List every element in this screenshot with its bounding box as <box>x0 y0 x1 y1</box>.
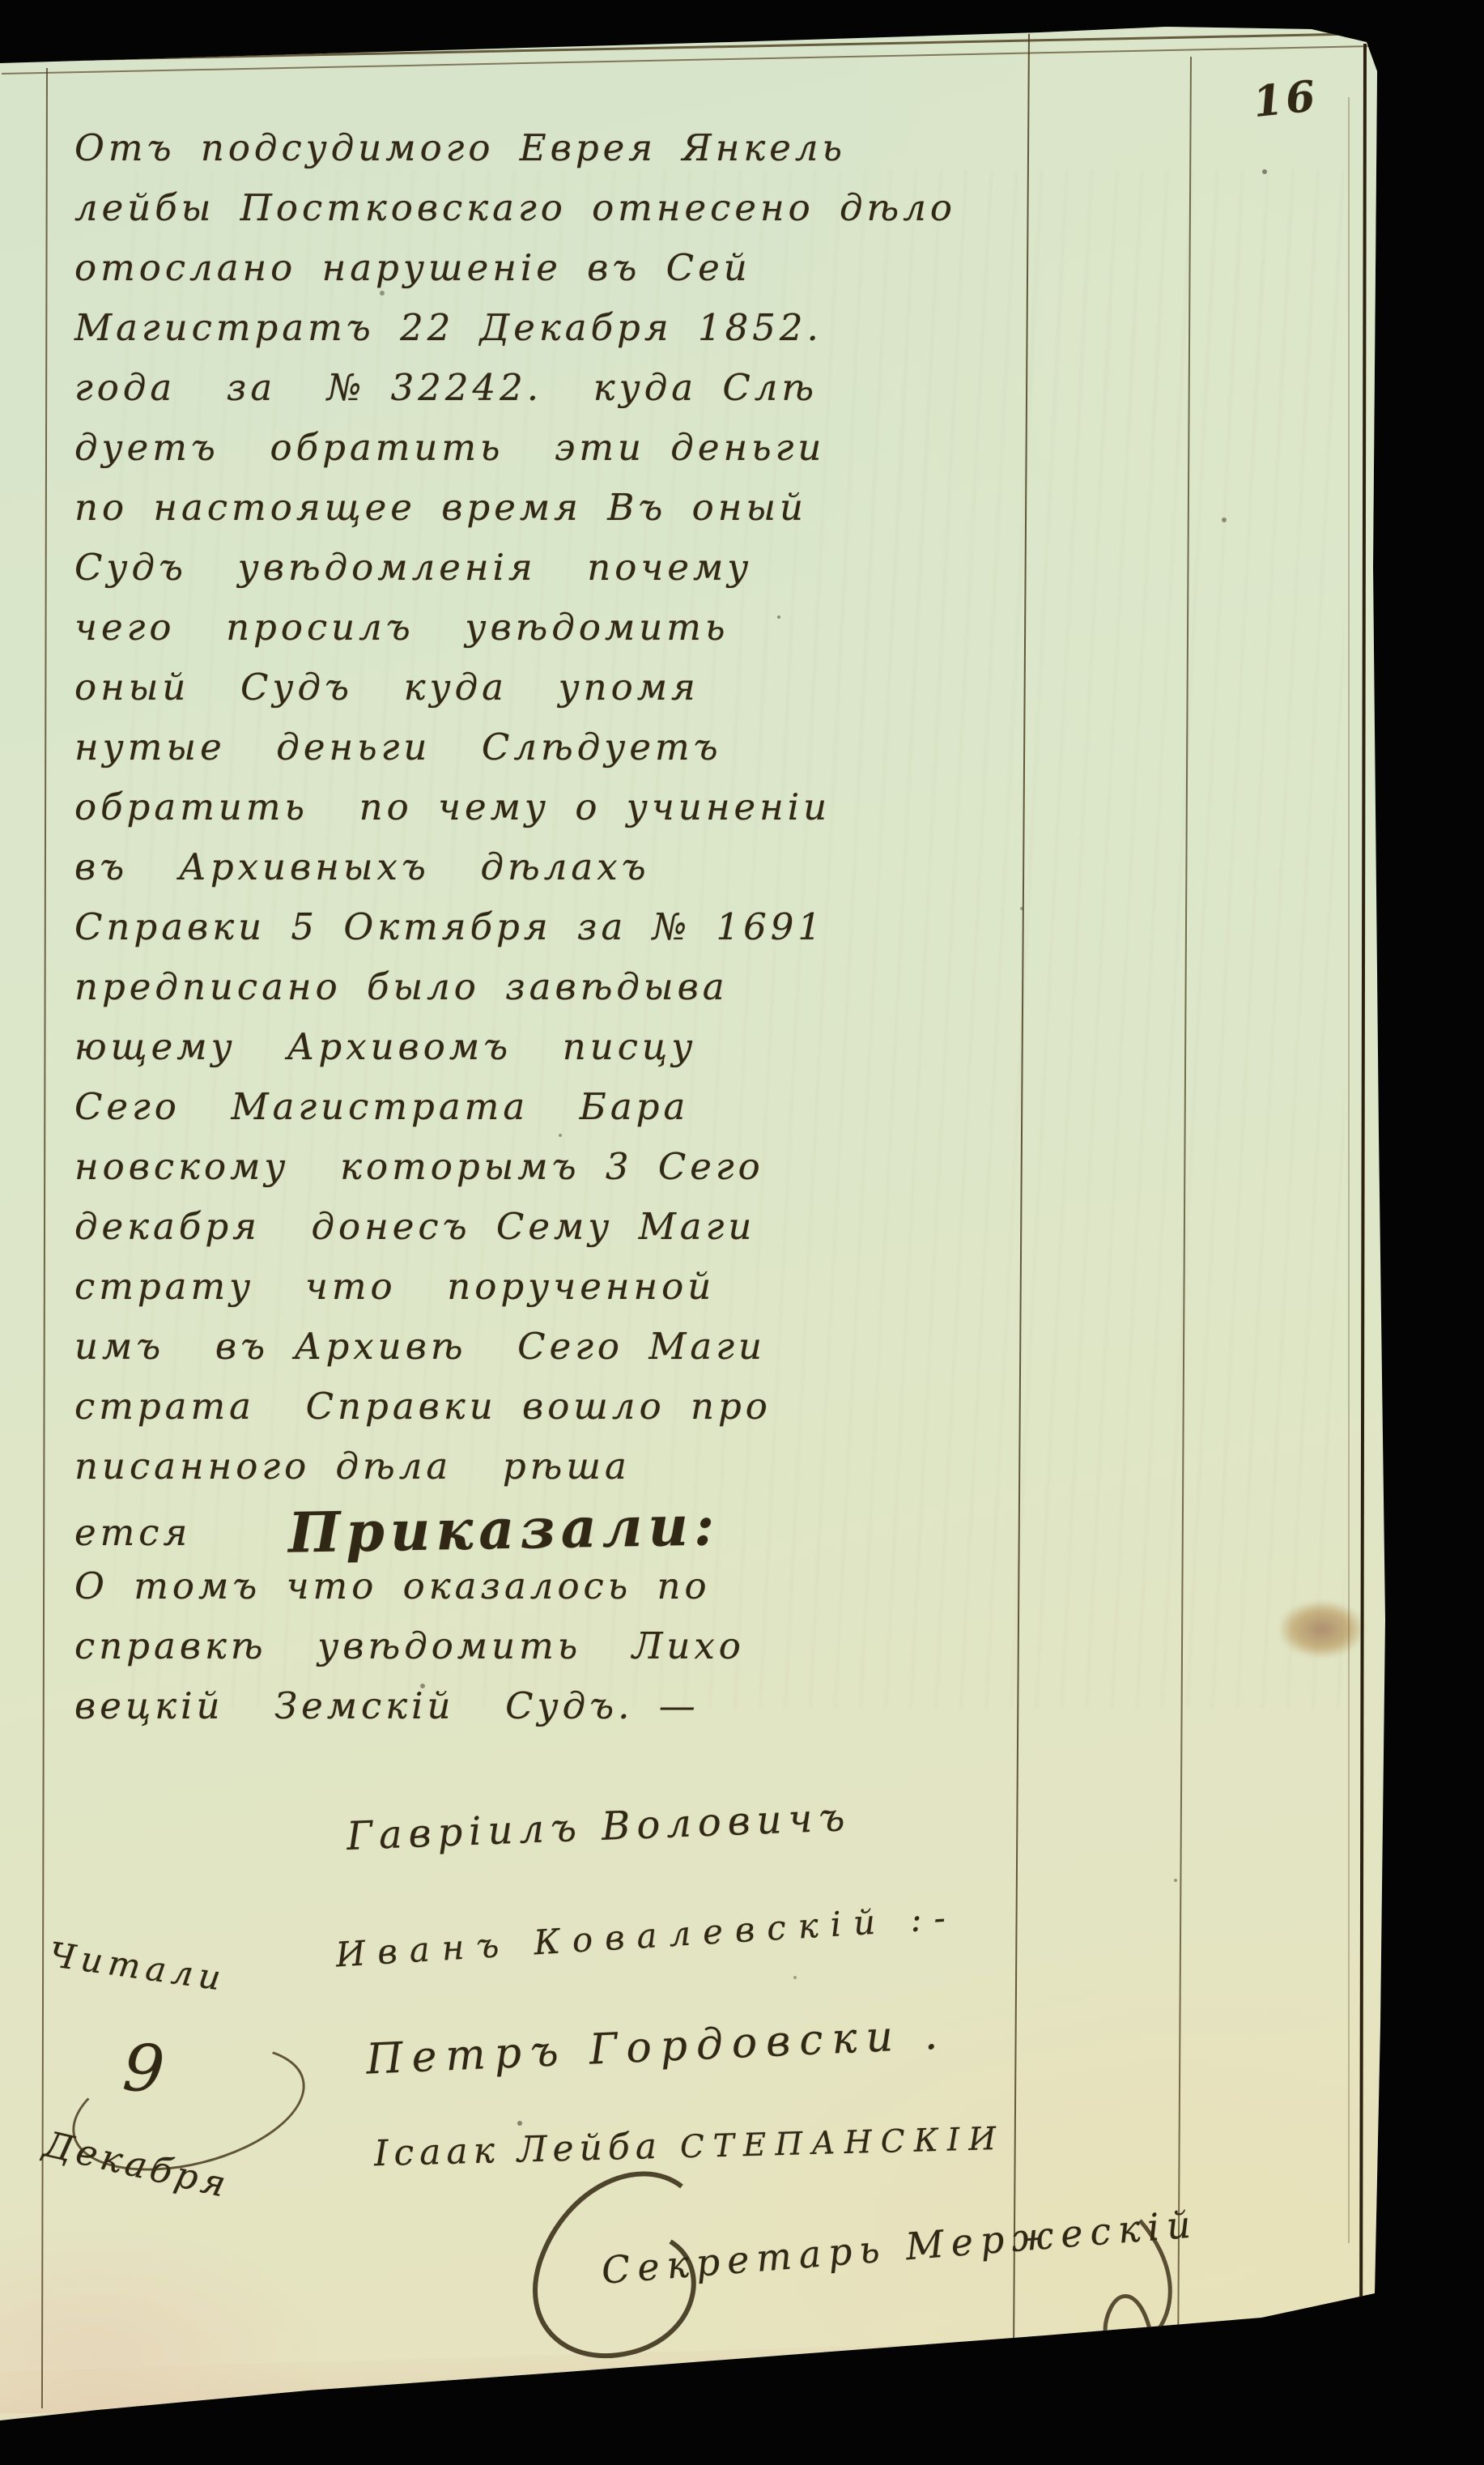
manuscript-line: чего просилъ увѣдомить <box>74 598 1111 658</box>
resolution-line: етсяПриказали: <box>74 1496 1111 1556</box>
manuscript-line: года за № 32242. куда Слѣ <box>74 358 1111 418</box>
signature-member-1: Иванъ Ковалевскій :- <box>334 1897 959 1975</box>
scanned-document: 16 Отъ подсудимого Еврея Янкель лейбы По… <box>0 0 1484 2465</box>
manuscript-line: страта Справки вошло про <box>74 1377 1111 1437</box>
manuscript-line: лейбы Постковскаго отнесено дѣло <box>74 178 1111 238</box>
manuscript-line: Справки 5 Октября за № 1691 <box>74 897 1111 957</box>
page-right-edge-line <box>1359 44 1367 2311</box>
manuscript-line: вецкій Земскій Судъ. — <box>74 1676 1111 1736</box>
manuscript-line: новскому которымъ 3 Сего <box>74 1137 1111 1197</box>
folio-number: 16 <box>1251 71 1320 127</box>
paper-speckles <box>0 0 3 3</box>
signature-member-3: Ісаак ЛейбаСтепанскіи <box>373 2117 1005 2174</box>
manuscript-line: О томъ что оказалось по <box>74 1556 1111 1616</box>
signature-presiding: Гаврiилъ Воловичъ <box>346 1794 852 1859</box>
page-right-edge-shadow-line <box>1348 97 1350 2243</box>
manuscript-line: предписано было завѣдыва <box>74 957 1111 1017</box>
manuscript-line: по настоящее время Въ оный <box>74 478 1111 538</box>
manuscript-line: Судъ увѣдомленія почему <box>74 538 1111 598</box>
manuscript-line: Сего Магистрата Бара <box>74 1077 1111 1137</box>
manuscript-line: отослано нарушеніе въ Сей <box>74 238 1111 298</box>
manuscript-line: нутые деньги Слѣдуетъ <box>74 717 1111 777</box>
manuscript-text-block: Отъ подсудимого Еврея Янкель лейбы Постк… <box>74 118 1111 1736</box>
manuscript-line: оный Судъ куда упомя <box>74 658 1111 717</box>
manuscript-page: 16 Отъ подсудимого Еврея Янкель лейбы По… <box>0 0 1484 2465</box>
manuscript-line: въ Архивныхъ дѣлахъ <box>74 837 1111 897</box>
top-ruled-line-inner <box>2 45 1376 75</box>
signature-member-2: Петръ Гордовски . <box>365 2010 947 2084</box>
manuscript-line: справкѣ увѣдомить Лихо <box>74 1616 1111 1676</box>
manuscript-line: писанного дѣла рѣша <box>74 1437 1111 1496</box>
manuscript-line: обратить по чему о учиненіи <box>74 777 1111 837</box>
signature-secretary: Секретарь Мержескій <box>600 2202 1200 2293</box>
signature-member-3-given: Ісаак Лейба <box>373 2126 662 2174</box>
manuscript-line: Отъ подсудимого Еврея Янкель <box>74 118 1111 178</box>
manuscript-line: страту что порученной <box>74 1257 1111 1317</box>
signature-member-3-surname: Степанскіи <box>679 2121 1005 2165</box>
page-bottom-edge-shadow <box>0 2308 1376 2413</box>
manuscript-line: дуетъ обратить эти деньги <box>74 418 1111 478</box>
manuscript-line: декабря донесъ Сему Маги <box>74 1197 1111 1257</box>
manuscript-line: ющему Архивомъ писцу <box>74 1017 1111 1077</box>
manuscript-line: имъ въ Архивѣ Сего Маги <box>74 1317 1111 1377</box>
margin-note-read: Читали <box>47 1935 229 1999</box>
resolution-prefix: ется <box>74 1511 191 1554</box>
top-ruled-line-outer <box>2 32 1378 62</box>
manuscript-line: Магистратъ 22 Декабря 1852. <box>74 298 1111 358</box>
left-margin-line <box>41 68 48 2408</box>
resolution-keyword: Приказали: <box>288 1496 721 1563</box>
